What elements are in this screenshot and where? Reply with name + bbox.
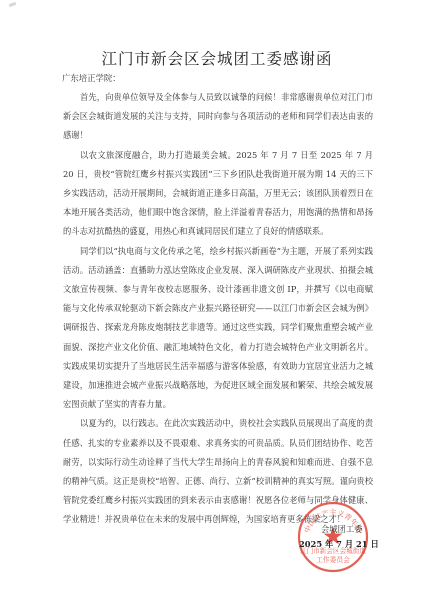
signature: 会城团工委 [321, 523, 363, 535]
paragraph-greeting: 首先，向贵单位领导及全体参与人员致以诚挚的问候！非常感谢贵单位对江门市新会区会城… [63, 88, 373, 146]
letter-page: 江门市新会区会城团工委感谢函 广东培正学院： 首先，向贵单位领导及全体参与人员致… [0, 0, 434, 614]
paragraph-practice: 同学们以“执电商与文化传承之笔，绘乡村振兴新画卷”为主题，开展了系列实践活动。活… [63, 242, 373, 415]
paragraph-activity: 以农文旅深度融合，助力打造最美会城。2025 年 7 月 7 日至 2025 年… [63, 146, 373, 242]
salutation: 广东培正学院： [62, 72, 121, 84]
letter-body: 首先，向贵单位领导及全体参与人员致以诚挚的问候！非常感谢贵单位对江门市新会区会城… [63, 88, 373, 530]
letter-date: 2025 年 7 月 21 日 [299, 538, 379, 550]
official-seal: 中国共产主义青年团 江门市新会区会城街道 工作委员会 [296, 500, 370, 574]
scan-mark [9, 2, 17, 7]
svg-text:工作委员会: 工作委员会 [316, 555, 350, 564]
letter-title: 江门市新会区会城团工委感谢函 [0, 47, 434, 69]
